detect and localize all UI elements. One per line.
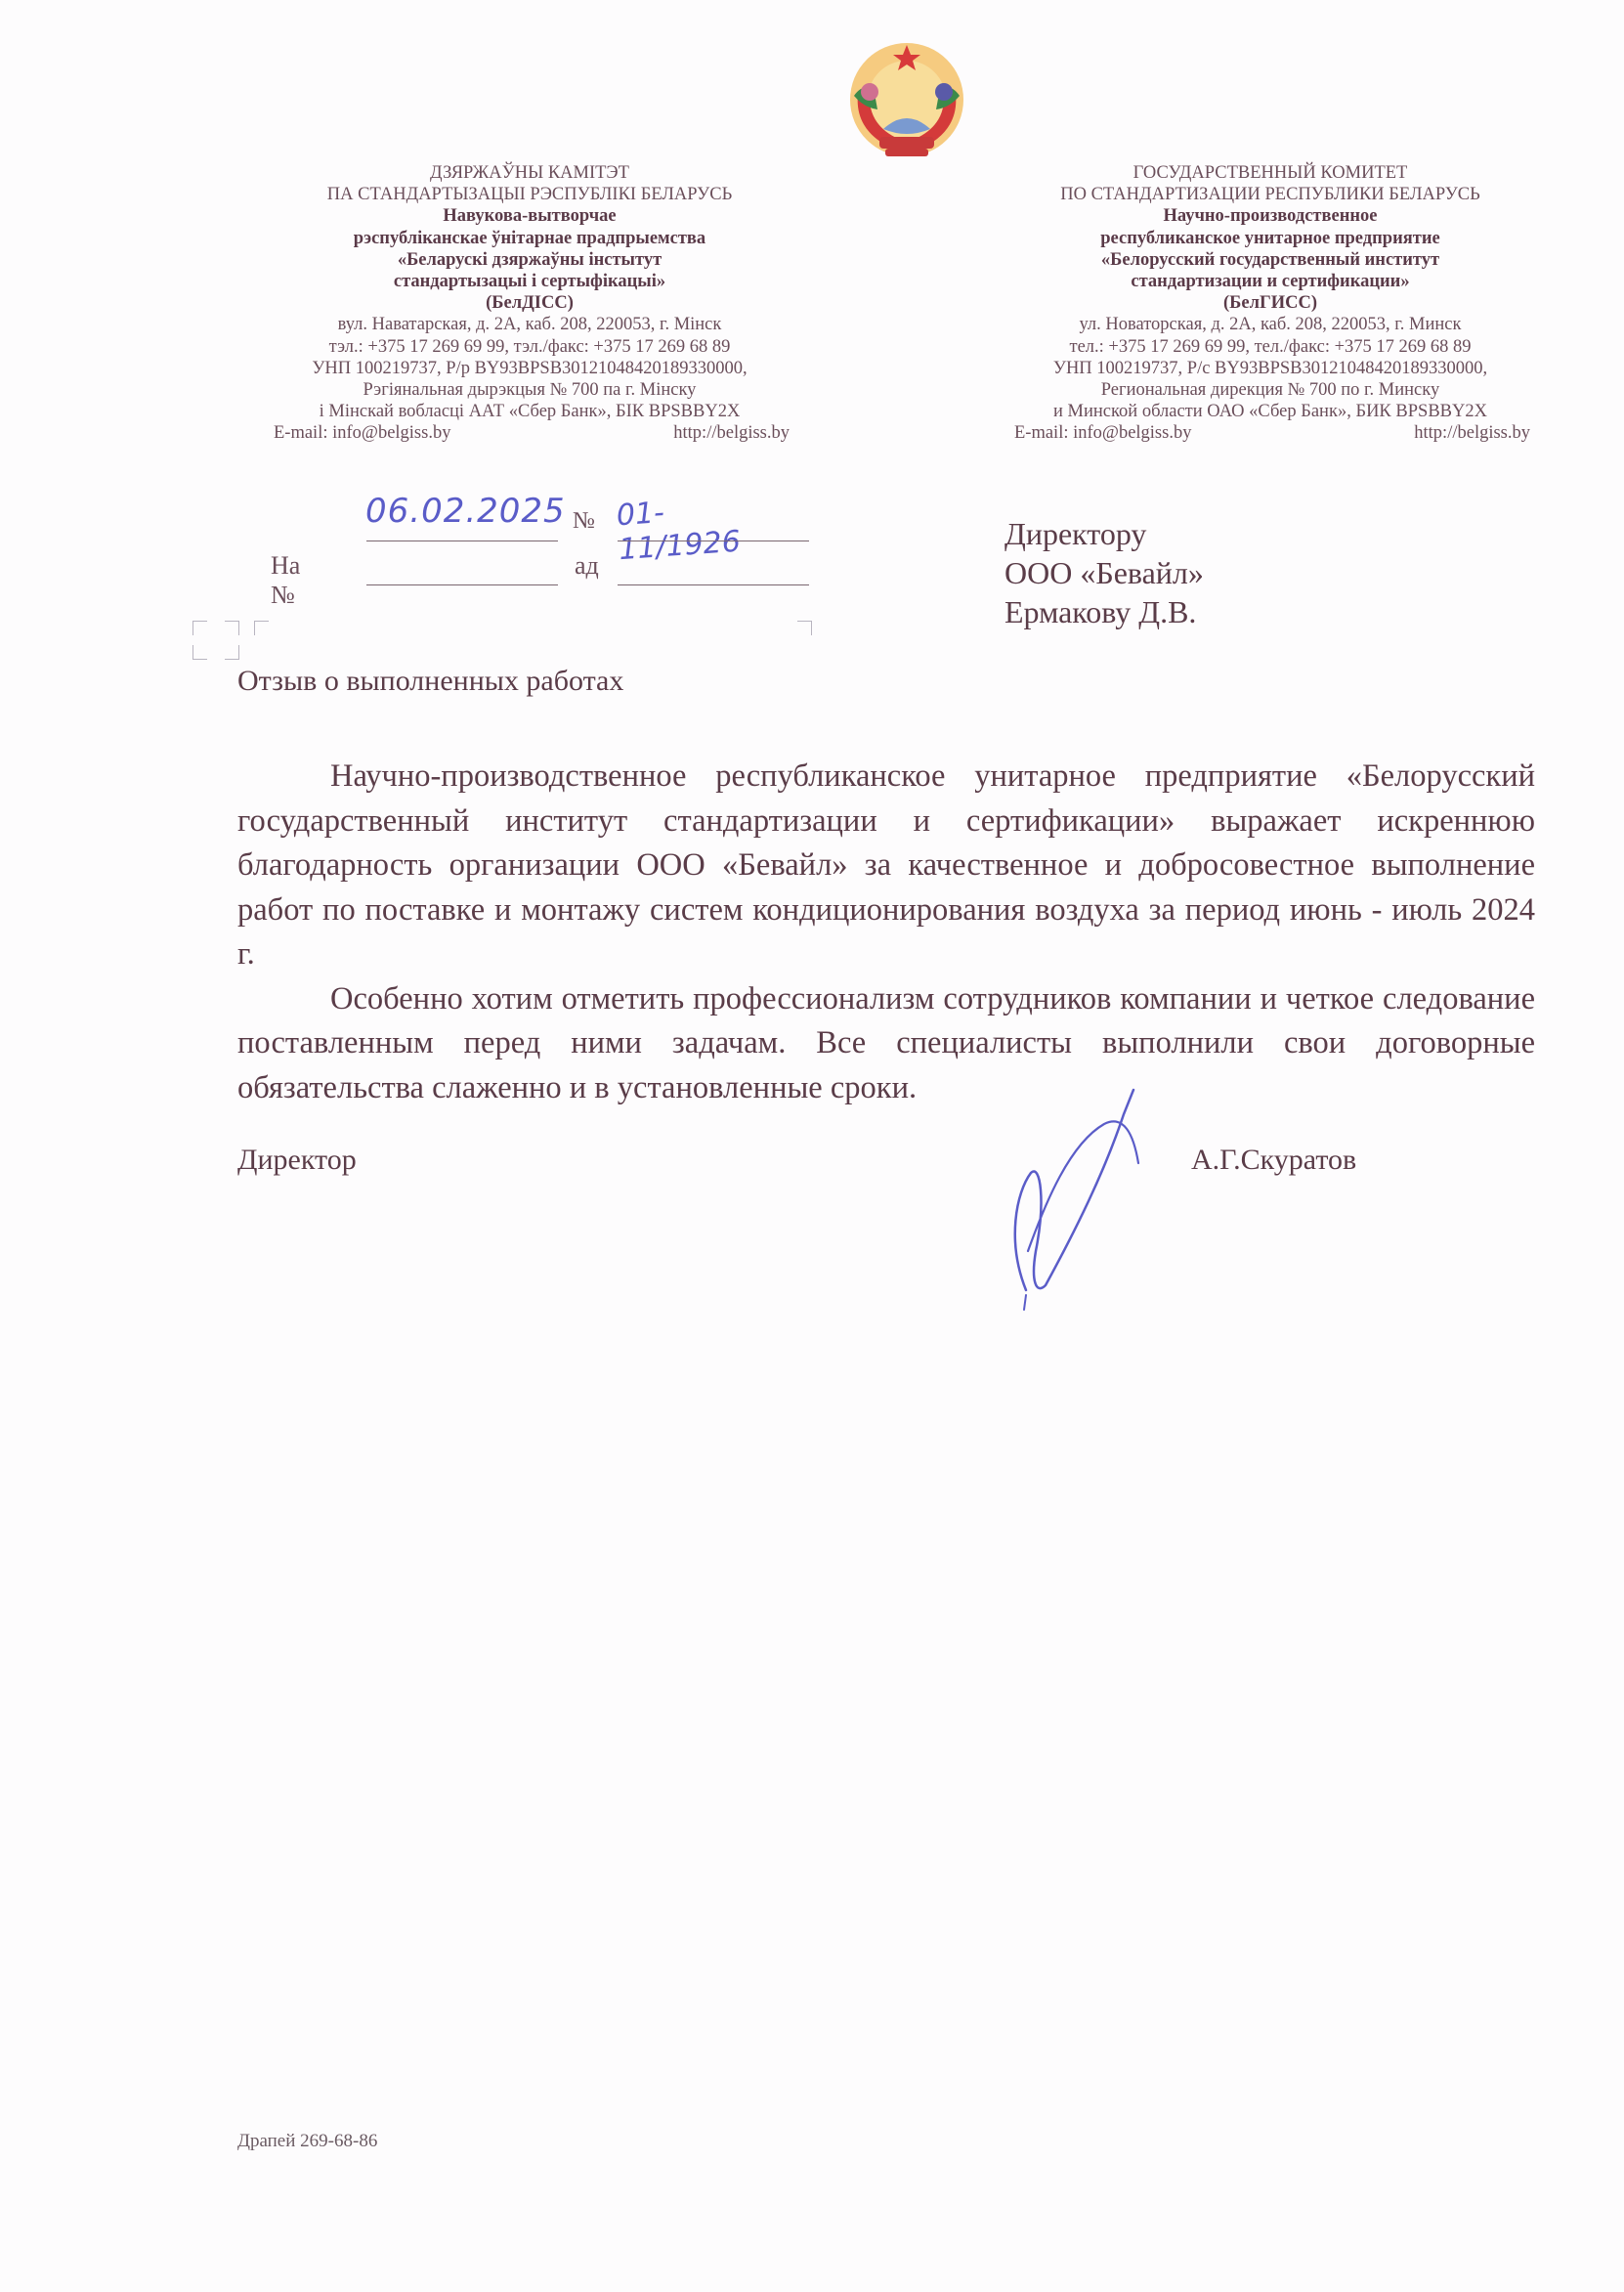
letterhead-russian: ГОСУДАРСТВЕННЫЙ КОМИТЕТ ПО СТАНДАРТИЗАЦИ… xyxy=(997,162,1544,445)
body-paragraph: Научно-производственное республиканское … xyxy=(237,755,1535,977)
website-link[interactable]: http://belgiss.by xyxy=(1414,422,1530,444)
addressee: Директору ООО «Бевайл» Ермакову Д.В. xyxy=(1004,514,1204,631)
corner-mark xyxy=(254,621,269,635)
org-name-line: «Беларускі дзяржаўны інстытут xyxy=(256,249,803,271)
belarus-coat-of-arms-icon xyxy=(840,35,973,162)
email-link[interactable]: E-mail: info@belgiss.by xyxy=(274,422,450,444)
corner-mark xyxy=(225,621,239,635)
handwritten-signature-icon xyxy=(967,1085,1221,1319)
org-abbreviation: (БелГИСС) xyxy=(997,292,1544,314)
bank-line: Региональная дирекция № 700 по г. Минску xyxy=(997,379,1544,401)
org-name-line: республиканское унитарное предприятие xyxy=(997,228,1544,249)
org-name-line: Навукова-вытворчае xyxy=(256,205,803,227)
corner-mark xyxy=(192,621,207,635)
letter-subject: Отзыв о выполненных работах xyxy=(237,665,623,698)
org-abbreviation: (БелДІСС) xyxy=(256,292,803,314)
bank-account-line: УНП 100219737, Р/с BY93BPSB3012104842018… xyxy=(997,358,1544,379)
signatory-title: Директор xyxy=(237,1144,357,1177)
org-name-line: Научно-производственное xyxy=(997,205,1544,227)
letterhead-belarusian: ДЗЯРЖАЎНЫ КАМІТЭТ ПА СТАНДАРТЫЗАЦЫІ РЭСП… xyxy=(256,162,803,445)
bank-line: Рэгіянальная дырэкцыя № 700 па г. Мінску xyxy=(256,379,803,401)
org-name-line: стандартизации и сертификации» xyxy=(997,271,1544,292)
address-line: ул. Новаторская, д. 2А, каб. 208, 220053… xyxy=(997,314,1544,335)
org-name-line: «Белорусский государственный институт xyxy=(997,249,1544,271)
addressee-name: Ермакову Д.В. xyxy=(1004,592,1204,631)
number-sign: № xyxy=(573,508,595,535)
signatory-name: А.Г.Скуратов xyxy=(1191,1144,1356,1177)
letter-body: Научно-производственное республиканское … xyxy=(237,755,1535,1110)
outgoing-number: 01-11/1926 xyxy=(616,491,742,568)
addressee-position: Директору xyxy=(1004,514,1204,553)
org-line: ПА СТАНДАРТЫЗАЦЫІ РЭСПУБЛІКІ БЕЛАРУСЬ xyxy=(256,184,803,205)
reply-to-label: На № xyxy=(271,551,300,610)
email-link[interactable]: E-mail: info@belgiss.by xyxy=(1014,422,1191,444)
phone-line: тел.: +375 17 269 69 99, тел./факс: +375… xyxy=(997,336,1544,358)
corner-mark xyxy=(225,645,239,660)
corner-mark xyxy=(797,621,812,635)
address-line: вул. Наватарская, д. 2А, каб. 208, 22005… xyxy=(256,314,803,335)
bank-line: і Мінскай вобласці ААТ «Сбер Банк», БІК … xyxy=(256,401,803,422)
org-line: ГОСУДАРСТВЕННЫЙ КОМИТЕТ xyxy=(997,162,1544,184)
outgoing-date: 06.02.2025 xyxy=(365,492,566,531)
bank-account-line: УНП 100219737, Р/р BY93BPSB3012104842018… xyxy=(256,358,803,379)
corner-mark xyxy=(192,645,207,660)
body-paragraph: Особенно хотим отметить профессионализм … xyxy=(237,977,1535,1111)
website-link[interactable]: http://belgiss.by xyxy=(673,422,790,444)
org-name-line: рэспубліканскае ўнітарнае прадпрыемства xyxy=(256,228,803,249)
org-name-line: стандартызацыі і сертыфікацыі» xyxy=(256,271,803,292)
addressee-company: ООО «Бевайл» xyxy=(1004,553,1204,592)
reply-from-label: ад xyxy=(575,551,599,581)
org-line: ПО СТАНДАРТИЗАЦИИ РЕСПУБЛИКИ БЕЛАРУСЬ xyxy=(997,184,1544,205)
org-line: ДЗЯРЖАЎНЫ КАМІТЭТ xyxy=(256,162,803,184)
bank-line: и Минской области ОАО «Сбер Банк», БИК B… xyxy=(997,401,1544,422)
executor-note: Драпей 269-68-86 xyxy=(237,2131,377,2152)
phone-line: тэл.: +375 17 269 69 99, тэл./факс: +375… xyxy=(256,336,803,358)
